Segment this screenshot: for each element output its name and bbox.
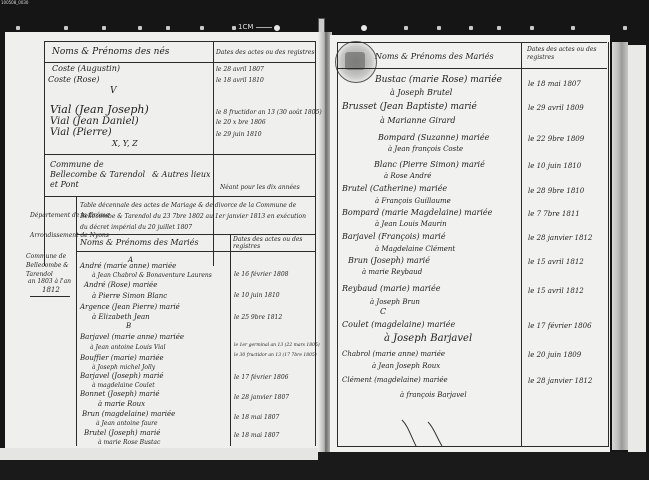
birth-entry-name: Vial (Pierre) (50, 127, 112, 138)
marriage-date: le 15 avril 1812 (528, 258, 584, 266)
marriage-date: le 15 avril 1812 (528, 287, 584, 295)
right-page (330, 35, 610, 453)
birth-entry-name: Vial (Jean Daniel) (50, 116, 139, 127)
marriage-spouse: à Joseph Barjavel (384, 333, 472, 344)
ruler-scale-label: 1CM (238, 23, 253, 31)
birth-entry-date: le 18 avril 1810 (216, 77, 264, 84)
ruler-mark (497, 26, 501, 30)
marriage-date: le 28 janvier 1812 (528, 377, 592, 385)
births-header-names: Noms & Prénoms des nés (52, 47, 169, 57)
ruler-mark (138, 26, 142, 30)
birth-entry-name: Coste (Augustin) (52, 64, 120, 73)
ruler-mark (404, 26, 408, 30)
marriage-date: le 10 juin 1810 (234, 292, 280, 299)
birth-entry-date: le 8 fructidor an 13 (30 août 1805) (216, 109, 322, 116)
births-letter-xyz: X, Y, Z (112, 139, 138, 148)
birth-entry-date: le 20 x bre 1806 (216, 119, 266, 126)
marriage-spouse: à Jean Joseph Roux (372, 362, 440, 370)
margin-note-line: 1812 (42, 286, 60, 294)
marriage-name: Blanc (Pierre Simon) marié (374, 160, 485, 169)
marriage-date: le 18 mai 1807 (528, 80, 581, 88)
marriage-name: Bouffier (marie) mariée (80, 354, 164, 362)
ruler-mark (200, 26, 204, 30)
marriage-spouse: à marie Reybaud (362, 268, 422, 276)
marriage-date: le 29 avril 1809 (528, 104, 584, 112)
page-edge-background (628, 45, 646, 465)
marriage-spouse: à François Guillaume (375, 197, 451, 205)
commune-label: Commune de Bellecombe & Tarendol et Pont (50, 160, 150, 190)
marriage-spouse: à Magdelaine Clément (375, 245, 455, 253)
ruler-mark (623, 26, 627, 30)
marriages-table-title: Table décennale des actes de Mariage & d… (80, 200, 312, 233)
marriage-name: Barjavel (François) marié (342, 232, 446, 241)
marriage-spouse: à Joseph Brun (370, 298, 420, 306)
ruler-mark (469, 26, 473, 30)
ruler-dot (274, 25, 280, 31)
ruler-mark (16, 26, 20, 30)
marriage-spouse: à Marianne Girard (380, 116, 456, 125)
marriage-date: le 17 février 1806 (528, 322, 592, 330)
marriage-date: le 18 mai 1807 (234, 414, 279, 421)
marriage-date: le 10 juin 1810 (528, 162, 581, 170)
marriage-name: Barjavel (marie anne) mariée (80, 333, 184, 341)
marriage-date: le 25 9bre 1812 (234, 314, 282, 321)
marriage-spouse: à magdelaine Coulet (92, 382, 155, 389)
birth-entry-date: le 28 avril 1807 (216, 66, 264, 73)
marriage-name: André (Rose) mariée (84, 281, 157, 289)
marriage-spouse: à Rose André (384, 172, 431, 180)
marriage-spouse: à marie Roux (98, 400, 145, 408)
marriage-date: le 17 février 1806 (234, 374, 288, 381)
marriage-date: le 30 fructidor an 13 (17 7bre 1805) (234, 353, 317, 358)
marriage-name: Bonnet (Joseph) marié (80, 390, 160, 398)
scan-file-label: 100508_0030 (1, 0, 28, 5)
marriage-date: le 28 janvier 1807 (234, 394, 289, 401)
marriage-name: Bompard (marie Magdelaine) mariée (342, 208, 492, 217)
marriages-header-names: Noms & Prénoms des Mariés (80, 238, 199, 247)
marriage-date: le 20 juin 1809 (528, 351, 581, 359)
margin-note-line: Commune de Bellecombe & Tarendol (26, 252, 74, 279)
births-letter: V (110, 86, 117, 96)
ruler-scale-line (256, 27, 272, 28)
marriage-date: le 7 7bre 1811 (528, 210, 580, 218)
marriage-date: le 28 janvier 1812 (528, 234, 592, 242)
ruler-mark (530, 26, 534, 30)
marriage-name: Reybaud (marie) mariée (342, 284, 440, 293)
marriage-spouse: à Pierre Simon Blanc (92, 292, 167, 300)
marriage-spouse: à Jean antoine Louis Vial (90, 344, 166, 351)
marriage-name: André (marie anne) mariée (80, 262, 176, 270)
marriage-name: Barjavel (Joseph) marié (80, 372, 164, 380)
marriage-name: Brun (Joseph) marié (348, 256, 430, 265)
marriage-spouse: à Jean Chabrol & Bonaventure Laurens (92, 272, 212, 279)
marriage-date: le 1er germinal an 13 (22 mars 1805) (234, 343, 320, 348)
closing-flourish (400, 418, 450, 448)
marriage-spouse: à Jean françois Coste (388, 145, 463, 153)
marriage-name: Bompard (Suzanne) mariée (378, 133, 489, 142)
right-header-names: Noms & Prénoms des Mariés (375, 52, 494, 61)
marriage-name: Brusset (Jean Baptiste) marié (342, 102, 477, 112)
commune-joined: & Autres lieux (152, 170, 211, 179)
right-header-dates: Dates des actes ou des registres (527, 46, 605, 62)
marriage-name: Bustac (marie Rose) mariée (375, 75, 502, 85)
left-page-bottom (0, 448, 318, 460)
ruler-mark (571, 26, 575, 30)
marriage-spouse: à Elizabeth Jean (92, 313, 150, 321)
marriage-spouse: à Joseph Brutel (390, 88, 452, 97)
margin-note-line: an 1803 à l'an (28, 278, 71, 285)
marriage-date: le 22 9bre 1809 (528, 135, 584, 143)
marriages-letter: C (380, 307, 386, 316)
ruler-mark (102, 26, 106, 30)
marriage-spouse: à Jean Louis Maurin (375, 220, 447, 228)
marriage-name: Clément (magdelaine) mariée (342, 376, 448, 384)
marriage-spouse: à françois Barjavel (400, 391, 467, 399)
ruler-mark (232, 26, 236, 30)
ruler-mark (64, 26, 68, 30)
marriage-name: Argence (Jean Pierre) marié (80, 303, 180, 311)
marriage-name: Coulet (magdelaine) mariée (342, 320, 455, 329)
birth-entry-name: Vial (Jean Joseph) (50, 103, 149, 116)
marriage-date: le 18 mai 1807 (234, 432, 279, 439)
marriage-spouse: à Joseph michel Jolly (92, 364, 155, 371)
marriage-name: Brun (magdelaine) mariée (82, 410, 175, 418)
marriage-name: Brutel (Joseph) marié (84, 429, 160, 437)
marriage-spouse: à Jean antoine faure (96, 420, 158, 427)
birth-entry-date: le 29 juin 1810 (216, 131, 262, 138)
page-edge (612, 42, 628, 450)
birth-entry-name: Coste (Rose) (48, 75, 99, 84)
births-footer-note: Néant pour les dix années (220, 184, 300, 191)
ruler-dot (361, 25, 367, 31)
marriages-letter: B (126, 322, 131, 330)
ruler-mark (437, 26, 441, 30)
marriage-name: Chabrol (marie anne) mariée (342, 350, 445, 358)
ruler-mark (166, 26, 170, 30)
marriage-name: Brutel (Catherine) mariée (342, 184, 447, 193)
marriage-spouse: à marie Rose Bustac (98, 439, 160, 446)
marriage-date: le 16 février 1808 (234, 271, 288, 278)
marriages-header-dates: Dates des actes ou des registres (233, 236, 313, 250)
marriage-date: le 28 9bre 1810 (528, 187, 584, 195)
births-header-dates: Dates des actes ou des registres (216, 49, 315, 56)
